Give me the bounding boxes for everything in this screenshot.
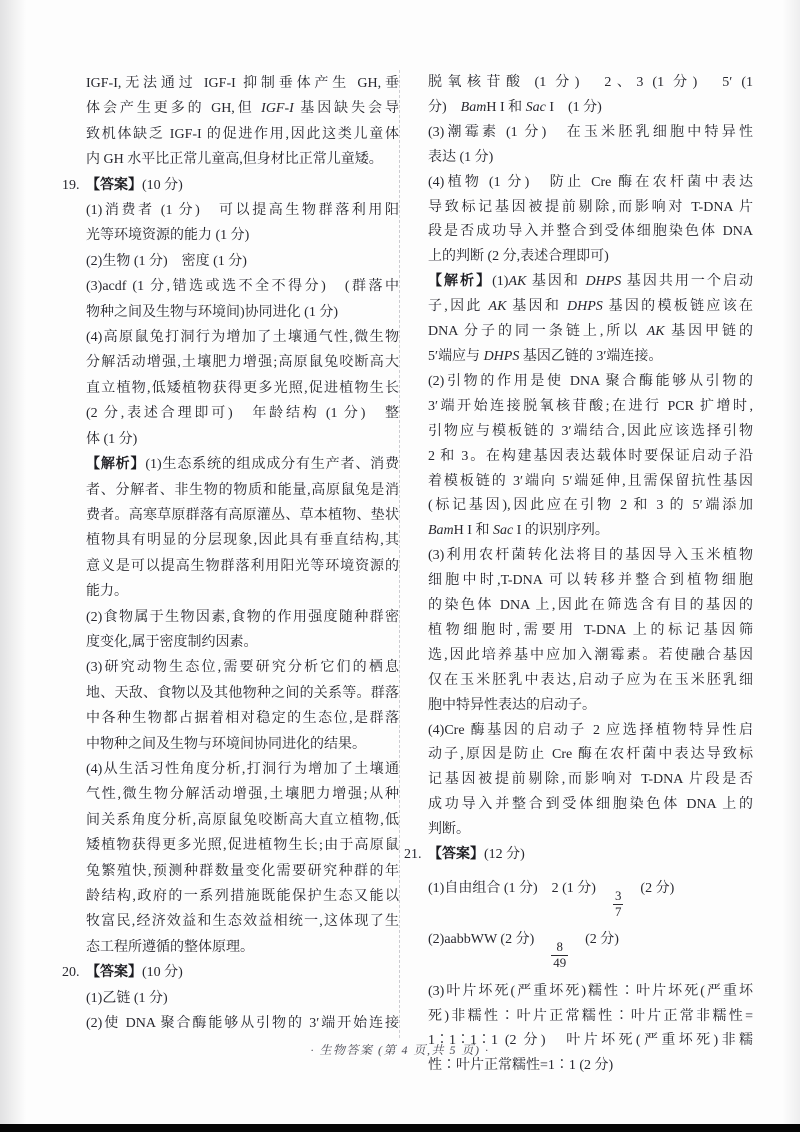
body-text: (1)乙链 (1 分) <box>86 991 168 1006</box>
body-text: (标记基因),因此应在引物 2 和 3 的 5′端添加 <box>428 498 753 513</box>
body-text: IGF-I,无法通过 IGF-I 抑制垂体产生 GH,垂 <box>86 76 399 91</box>
text-line: (标记基因),因此应在引物 2 和 3 的 5′端添加 <box>428 494 753 519</box>
body-text: 植物细胞时,需要用 T-DNA 上的标记基因筛 <box>428 623 753 638</box>
body-text: 成功导入并整合到受体细胞染色体 DNA 上的 <box>428 797 753 812</box>
body-text: 物种之间及生物与环境间)协同进化 (1 分) <box>86 305 338 320</box>
body-text: 的染色体 DNA 上,因此在筛选含有目的基因的 <box>428 598 753 613</box>
text-line: 物种之间及生物与环境间)协同进化 (1 分) <box>86 300 399 325</box>
text-line: 度变化,属于密度制约因素。 <box>86 630 399 655</box>
page-footer: · 生物答案 (第 4 页,共 5 页) · <box>0 1041 800 1058</box>
text-line: 地、天敌、食物以及其他物种之间的关系等。群落 <box>86 681 399 706</box>
body-text: (2)食物属于生物因素,食物的作用强度随种群密 <box>86 610 399 625</box>
text-line: 表达 (1 分) <box>428 146 753 171</box>
text-line: (1)自由组合 (1 分) 2 (1 分) 37 (2 分) <box>428 877 753 919</box>
text-line: (3)叶片坏死(严重坏死)糯性∶叶片坏死(严重坏 <box>428 980 753 1005</box>
text-line: 【解析】(1)生态系统的组成成分有生产者、消费 <box>86 452 399 477</box>
text-line: 牧富民,经济效益和生态效益相统一,这体现了生 <box>86 909 399 934</box>
text-line: 光等环境资源的能力 (1 分) <box>86 223 399 248</box>
text-line: 中物种之间及生物与环境间协同进化的结果。 <box>86 732 399 757</box>
fraction-numerator: 8 <box>556 940 562 955</box>
text-line: 2 和 3。在构建基因表达载体时要保证启动子沿 <box>428 445 753 470</box>
body-text: 2 和 3。在构建基因表达载体时要保证启动子沿 <box>428 449 753 464</box>
italic-gene-text: AK <box>489 299 507 314</box>
body-text: 分) <box>428 100 461 115</box>
text-line: (2 分,表述合理即可) 年龄结构 (1 分) 整 <box>86 401 399 426</box>
body-text: H I 和 <box>454 523 493 538</box>
text-line: 兔繁殖快,预测种群数量变化需要研究种群的年 <box>86 859 399 884</box>
column-divider <box>399 70 400 1038</box>
bold-marker-text: 【答案】 <box>86 178 142 193</box>
body-text: 兔繁殖快,预测种群数量变化需要研究种群的年 <box>86 864 399 879</box>
body-text: (2 分) <box>571 932 619 947</box>
text-line: 龄结构,政府的一系列措施既能保护生态又能以 <box>86 884 399 909</box>
scanned-answer-page: IGF-I,无法通过 IGF-I 抑制垂体产生 GH,垂体会产生更多的 GH,但… <box>0 0 800 1132</box>
text-line: 动子,原因是防止 Cre 酶在农杆菌中表达导致标 <box>428 743 753 768</box>
scan-shadow-right <box>782 0 800 1132</box>
text-line: 意义是可以提高生物群落利用阳光等环境资源的 <box>86 554 399 579</box>
bold-marker-text: 【解析】 <box>428 274 492 289</box>
body-text: 导致标记基因被提前剔除,而影响对 T-DNA 片 <box>428 200 753 215</box>
text-line: 子,因此 AK 基因和 DHPS 基因的模板链应该在 <box>428 295 753 320</box>
body-text: 地、天敌、食物以及其他物种之间的关系等。群落 <box>86 686 399 701</box>
fraction-denominator: 49 <box>551 955 568 971</box>
body-text: 表达 (1 分) <box>428 150 493 165</box>
text-line: IGF-I,无法通过 IGF-I 抑制垂体产生 GH,垂 <box>86 71 399 96</box>
body-text: 费者。高寒草原群落有高原灌丛、草本植物、垫状 <box>86 508 399 523</box>
body-text: 死)非糯性∶叶片正常糯性∶叶片正常非糯性= <box>428 1009 753 1024</box>
text-line: BamH I 和 Sac I 的识别序列。 <box>428 519 753 544</box>
text-line: 引物应与模板链的 3′端结合,因此应该选择引物 <box>428 420 753 445</box>
body-text: 基因甲链的 <box>665 324 753 339</box>
body-text: 分解活动增强,土壤肥力增强;高原鼠兔咬断高大 <box>86 355 399 370</box>
body-text: 基因和 <box>506 299 567 314</box>
text-line: 的染色体 DNA 上,因此在筛选含有目的基因的 <box>428 594 753 619</box>
text-line: 能力。 <box>86 579 399 604</box>
text-line: 胞中特异性表达的启动子。 <box>428 694 753 719</box>
text-line: (3)潮霉素 (1 分) 在玉米胚乳细胞中特异性 <box>428 121 753 146</box>
text-line: 体会产生更多的 GH,但 IGF-I 基因缺失会导 <box>86 96 399 121</box>
text-line: 选,因此培养基中应加入潮霉素。若使融合基因 <box>428 644 753 669</box>
text-line: 气性,微生物分解活动增强,土壤肥力增强;从种 <box>86 782 399 807</box>
body-text: (12 分) <box>484 847 525 862</box>
text-line: 间关系角度分析,高原鼠兔咬断高大直立植物,低 <box>86 808 399 833</box>
text-line: 植物具有明显的分层现象,因此具有垂直结构,其 <box>86 528 399 553</box>
body-text: 致机体缺乏 IGF-I 的促进作用,因此这类儿童体 <box>86 127 399 142</box>
text-line: (2)使 DNA 聚合酶能够从引物的 3′端开始连接 <box>86 1011 399 1036</box>
body-text: (3)acdf (1 分,错选或选不全不得分) (群落中 <box>86 279 399 294</box>
right-column: 脱氧核苷酸 (1 分) 2、3 (1 分) 5′ (1分) BamH I 和 S… <box>404 71 753 1079</box>
text-line: (3)利用农杆菌转化法将目的基因导入玉米植物 <box>428 544 753 569</box>
body-text: I 的识别序列。 <box>513 523 609 538</box>
body-text: 龄结构,政府的一系列措施既能保护生态又能以 <box>86 889 399 904</box>
text-line: 导致标记基因被提前剔除,而影响对 T-DNA 片 <box>428 196 753 221</box>
text-line: (1)消费者 (1 分) 可以提高生物群落利用阳 <box>86 198 399 223</box>
body-text: 胞中特异性表达的启动子。 <box>428 698 596 713</box>
body-text: 引物应与模板链的 3′端结合,因此应该选择引物 <box>428 424 753 439</box>
body-text: 3′端开始连接脱氧核苷酸;在进行 PCR 扩增时, <box>428 399 753 414</box>
italic-gene-text: IGF-I <box>261 101 294 116</box>
text-line: (3)研究动物生态位,需要研究分析它们的栖息 <box>86 655 399 680</box>
italic-gene-text: DHPS <box>567 299 603 314</box>
body-text: (1)生态系统的组成成分有生产者、消费 <box>145 457 399 472</box>
text-line: 植物细胞时,需要用 T-DNA 上的标记基因筛 <box>428 619 753 644</box>
text-line: (4)高原鼠兔打洞行为增加了土壤通气性,微生物 <box>86 325 399 350</box>
text-line: 分解活动增强,土壤肥力增强;高原鼠兔咬断高大 <box>86 350 399 375</box>
body-text: 仅在玉米胚乳中表达,启动子应为在玉米胚乳细 <box>428 673 753 688</box>
body-text: 基因缺失会导 <box>294 101 399 116</box>
body-text: 基因的模板链应该在 <box>603 299 753 314</box>
body-text: 意义是可以提高生物群落利用阳光等环境资源的 <box>86 559 399 574</box>
body-text: I (1 分) <box>546 100 602 115</box>
body-text: 中各种生物都占据着相对稳定的生态位,是群落 <box>86 711 399 726</box>
body-text: 细胞中时,T-DNA 可以转移并整合到植物细胞 <box>428 573 753 588</box>
text-line: 着模板链的 3′端向 5′端延伸,且需保留抗性基因 <box>428 470 753 495</box>
text-line: 性∶叶片正常糯性=1∶1 (2 分) <box>428 1054 753 1079</box>
text-line: (2)食物属于生物因素,食物的作用强度随种群密 <box>86 605 399 630</box>
text-line: 3′端开始连接脱氧核苷酸;在进行 PCR 扩增时, <box>428 395 753 420</box>
body-text: (4)从生活习性角度分析,打洞行为增加了土壤通 <box>86 762 399 777</box>
body-text: (3)利用农杆菌转化法将目的基因导入玉米植物 <box>428 548 753 563</box>
body-text: 脱氧核苷酸 (1 分) 2、3 (1 分) 5′ (1 <box>428 75 753 90</box>
bold-marker-text: 【答案】 <box>428 847 484 862</box>
body-text: (1) <box>492 274 508 289</box>
text-line: (3)acdf (1 分,错选或选不全不得分) (群落中 <box>86 274 399 299</box>
answer-item-line: 19.【答案】(10 分) <box>86 173 399 198</box>
answer-item-line: 21.【答案】(12 分) <box>428 843 753 868</box>
body-text: (2 分,表述合理即可) 年龄结构 (1 分) 整 <box>86 406 399 421</box>
italic-gene-text: AK <box>647 324 665 339</box>
bold-marker-text: 【解析】 <box>86 457 145 472</box>
text-line: DNA 分子的同一条链上,所以 AK 基因甲链的 <box>428 320 753 345</box>
body-text: 度变化,属于密度制约因素。 <box>86 635 258 650</box>
body-text: 矮植物获得更多光照,促进植物生长;由于高原鼠 <box>86 838 399 853</box>
body-text: (2)生物 (1 分) 密度 (1 分) <box>86 254 247 269</box>
text-line: 费者。高寒草原群落有高原灌丛、草本植物、垫状 <box>86 503 399 528</box>
left-column: IGF-I,无法通过 IGF-I 抑制垂体产生 GH,垂体会产生更多的 GH,但… <box>62 71 399 1036</box>
text-line: 段是否成功导入并整合到受体细胞染色体 DNA <box>428 220 753 245</box>
text-line: (2)生物 (1 分) 密度 (1 分) <box>86 249 399 274</box>
text-line: 细胞中时,T-DNA 可以转移并整合到植物细胞 <box>428 569 753 594</box>
body-text: 记基因被提前剔除,而影响对 T-DNA 片段是否 <box>428 772 753 787</box>
question-number: 21. <box>404 843 428 868</box>
body-text: 气性,微生物分解活动增强,土壤肥力增强;从种 <box>86 787 399 802</box>
body-text: 间关系角度分析,高原鼠兔咬断高大直立植物,低 <box>86 813 399 828</box>
body-text: 动子,原因是防止 Cre 酶在农杆菌中表达导致标 <box>428 747 753 762</box>
italic-gene-text: AK <box>508 274 526 289</box>
fraction-denominator: 7 <box>613 904 623 920</box>
fraction: 37 <box>613 889 623 920</box>
body-text: 态工程所遵循的整体原理。 <box>86 940 254 955</box>
body-text: 选,因此培养基中应加入潮霉素。若使融合基因 <box>428 648 753 663</box>
fraction-numerator: 3 <box>615 889 621 904</box>
fraction: 849 <box>551 940 568 971</box>
text-line: 内 GH 水平比正常儿童高,但身材比正常儿童矮。 <box>86 147 399 172</box>
text-line: 上的判断 (2 分,表述合理即可) <box>428 245 753 270</box>
body-text: 着模板链的 3′端向 5′端延伸,且需保留抗性基因 <box>428 474 753 489</box>
text-line: (1)乙链 (1 分) <box>86 986 399 1011</box>
text-line: 体 (1 分) <box>86 427 399 452</box>
italic-gene-text: Sac <box>493 523 513 538</box>
text-line: (2)aabbWW (2 分) 849 (2 分) <box>428 928 753 970</box>
body-text: (2)引物的作用是使 DNA 聚合酶能够从引物的 <box>428 374 753 389</box>
body-text: (1)自由组合 (1 分) 2 (1 分) <box>428 881 610 896</box>
body-text: 子,因此 <box>428 299 489 314</box>
answer-item-line: 20.【答案】(10 分) <box>86 960 399 985</box>
body-text: 基因乙链的 3′端连接。 <box>519 349 662 364</box>
scan-shadow-left <box>0 0 26 1132</box>
body-text: 植物具有明显的分层现象,因此具有垂直结构,其 <box>86 533 399 548</box>
italic-gene-text: Sac <box>526 100 546 115</box>
body-text: 体会产生更多的 GH,但 <box>86 101 261 116</box>
text-line: (4)从生活习性角度分析,打洞行为增加了土壤通 <box>86 757 399 782</box>
body-text: 段是否成功导入并整合到受体细胞染色体 DNA <box>428 224 753 239</box>
body-text: 中物种之间及生物与环境间协同进化的结果。 <box>86 737 366 752</box>
body-text: (1)消费者 (1 分) 可以提高生物群落利用阳 <box>86 203 399 218</box>
body-text: 能力。 <box>86 584 128 599</box>
text-line: 5′端应与 DHPS 基因乙链的 3′端连接。 <box>428 345 753 370</box>
body-text: 基因和 <box>526 274 585 289</box>
text-line: 分) BamH I 和 Sac I (1 分) <box>428 96 753 121</box>
text-line: 【解析】(1)AK 基因和 DHPS 基因共用一个启动 <box>428 270 753 295</box>
bold-marker-text: 【答案】 <box>86 965 142 980</box>
body-text: 5′端应与 <box>428 349 484 364</box>
question-number: 20. <box>62 960 86 985</box>
italic-gene-text: Bam <box>428 523 454 538</box>
body-text: (3)潮霉素 (1 分) 在玉米胚乳细胞中特异性 <box>428 125 753 140</box>
body-text: (4)Cre 酶基因的启动子 2 应选择植物特异性启 <box>428 723 753 738</box>
italic-gene-text: DHPS <box>484 349 520 364</box>
body-text: (3)叶片坏死(严重坏死)糯性∶叶片坏死(严重坏 <box>428 984 753 999</box>
body-text: 上的判断 (2 分,表述合理即可) <box>428 249 609 264</box>
text-line: (2)引物的作用是使 DNA 聚合酶能够从引物的 <box>428 370 753 395</box>
text-line: 中各种生物都占据着相对稳定的生态位,是群落 <box>86 706 399 731</box>
body-text: 者、分解者、非生物的物质和能量,高原鼠兔是消 <box>86 483 399 498</box>
body-text: 内 GH 水平比正常儿童高,但身材比正常儿童矮。 <box>86 152 383 167</box>
scan-edge-bar <box>0 1124 800 1132</box>
body-text: 体 (1 分) <box>86 432 137 447</box>
body-text: H I 和 <box>486 100 525 115</box>
body-text: (4)植物 (1 分) 防止 Cre 酶在农杆菌中表达 <box>428 175 753 190</box>
body-text: 判断。 <box>428 822 470 837</box>
text-line: 成功导入并整合到受体细胞染色体 DNA 上的 <box>428 793 753 818</box>
body-text: (10 分) <box>142 178 183 193</box>
text-line: 矮植物获得更多光照,促进植物生长;由于高原鼠 <box>86 833 399 858</box>
body-text: 牧富民,经济效益和生态效益相统一,这体现了生 <box>86 914 399 929</box>
text-line: 直立植物,低矮植物获得更多光照,促进植物生长 <box>86 376 399 401</box>
text-line: 死)非糯性∶叶片正常糯性∶叶片正常非糯性= <box>428 1005 753 1030</box>
body-text: (2)aabbWW (2 分) <box>428 932 548 947</box>
text-line: (4)Cre 酶基因的启动子 2 应选择植物特异性启 <box>428 719 753 744</box>
italic-gene-text: DHPS <box>586 274 622 289</box>
body-text: (3)研究动物生态位,需要研究分析它们的栖息 <box>86 660 399 675</box>
text-line: 致机体缺乏 IGF-I 的促进作用,因此这类儿童体 <box>86 122 399 147</box>
body-text: (10 分) <box>142 965 183 980</box>
text-line: 判断。 <box>428 818 753 843</box>
text-line: (4)植物 (1 分) 防止 Cre 酶在农杆菌中表达 <box>428 171 753 196</box>
body-text: (2 分) <box>626 881 674 896</box>
body-text: (2)使 DNA 聚合酶能够从引物的 3′端开始连接 <box>86 1016 399 1031</box>
body-text: 性∶叶片正常糯性=1∶1 (2 分) <box>428 1058 613 1073</box>
text-line: 记基因被提前剔除,而影响对 T-DNA 片段是否 <box>428 768 753 793</box>
body-text: 光等环境资源的能力 (1 分) <box>86 228 249 243</box>
text-line: 脱氧核苷酸 (1 分) 2、3 (1 分) 5′ (1 <box>428 71 753 96</box>
italic-gene-text: Bam <box>461 100 487 115</box>
question-number: 19. <box>62 173 86 198</box>
text-line: 者、分解者、非生物的物质和能量,高原鼠兔是消 <box>86 478 399 503</box>
text-line: 仅在玉米胚乳中表达,启动子应为在玉米胚乳细 <box>428 669 753 694</box>
body-text: 直立植物,低矮植物获得更多光照,促进植物生长 <box>86 381 399 396</box>
text-line: 态工程所遵循的整体原理。 <box>86 935 399 960</box>
body-text: DNA 分子的同一条链上,所以 <box>428 324 647 339</box>
body-text: (4)高原鼠兔打洞行为增加了土壤通气性,微生物 <box>86 330 399 345</box>
body-text: 基因共用一个启动 <box>621 274 753 289</box>
